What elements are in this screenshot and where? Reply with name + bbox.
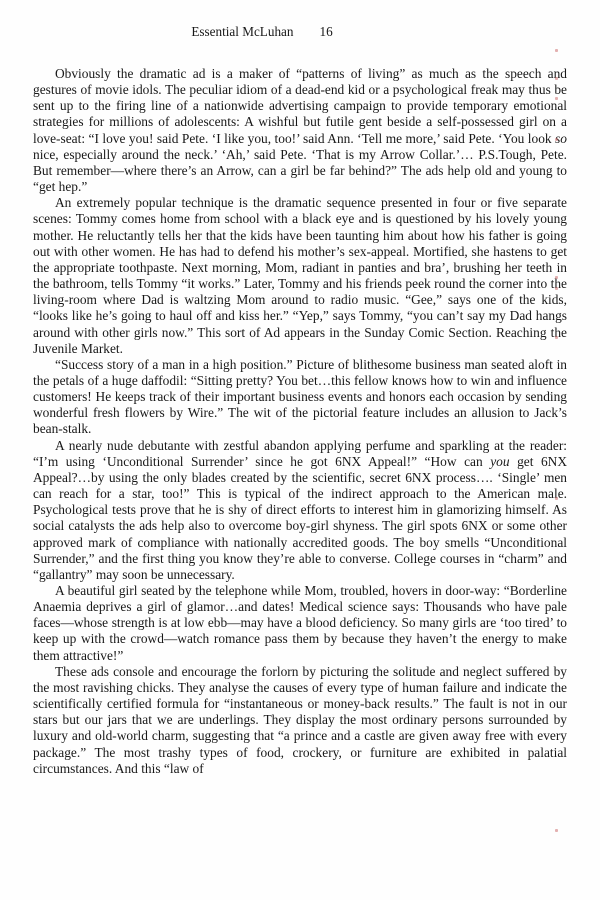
scan-artifact-mark [555, 497, 558, 500]
text-run: An extremely popular technique is the dr… [33, 195, 567, 355]
text-run: nice, especially around the neck.’ ‘Ah,’… [33, 147, 567, 194]
scan-artifact-mark [555, 49, 558, 52]
text-run: Obviously the dramatic ad is a maker of … [33, 66, 567, 146]
scan-artifact-mark [555, 287, 558, 290]
paragraph: “Success story of a man in a high positi… [33, 357, 567, 438]
scan-artifact-mark [555, 97, 558, 100]
paragraph: A beautiful girl seated by the telephone… [33, 583, 567, 664]
paragraph: A nearly nude debutante with zestful aba… [33, 438, 567, 583]
page-number: 16 [320, 24, 333, 39]
scan-artifact-mark [555, 276, 558, 279]
italic-run: you [490, 454, 509, 469]
text-run: A nearly nude debutante with zestful aba… [33, 438, 567, 469]
scan-artifact-mark [555, 138, 558, 141]
text-run: These ads console and encourage the forl… [33, 664, 567, 776]
running-header: Essential McLuhan16 [0, 24, 524, 40]
text-run: get 6NX Appeal?…by using the only blades… [33, 454, 567, 582]
paragraph: Obviously the dramatic ad is a maker of … [33, 66, 567, 195]
document-page: Essential McLuhan16 Obviously the dramat… [0, 0, 600, 900]
running-title: Essential McLuhan [191, 24, 293, 39]
paragraph: These ads console and encourage the forl… [33, 664, 567, 777]
text-run: A beautiful girl seated by the telephone… [33, 583, 567, 663]
text-run: “Success story of a man in a high positi… [33, 357, 567, 437]
scan-artifact-mark [555, 336, 558, 339]
body-text: Obviously the dramatic ad is a maker of … [33, 66, 567, 777]
scan-artifact-mark [555, 829, 558, 832]
scan-artifact-mark [555, 77, 558, 80]
paragraph: An extremely popular technique is the dr… [33, 195, 567, 357]
